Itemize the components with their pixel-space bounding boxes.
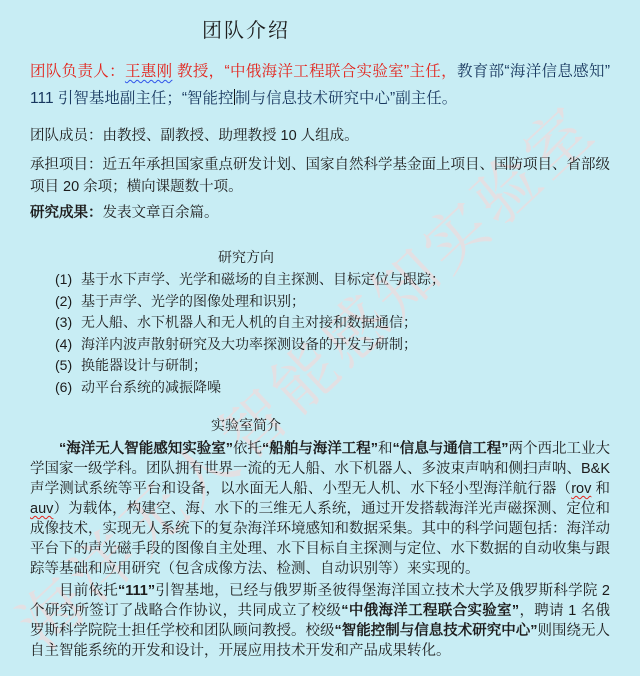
- members-label: 团队成员：: [30, 128, 103, 144]
- lab-intro-paragraph-2[interactable]: 目前依托“111”引智基地，已经与俄罗斯圣彼得堡海洋国立技术大学及俄罗斯科学院 …: [30, 581, 610, 661]
- direction-item[interactable]: (3)无人船、水下机器人和无人机的自主对接和数据通信；: [30, 312, 610, 334]
- base-111-quoted: “111”: [118, 583, 155, 599]
- document-page[interactable]: 海洋无人智能感知实验室 团队介绍 团队负责人：王惠刚 教授，“中俄海洋工程联合实…: [0, 0, 640, 676]
- achievements-label: 研究成果：: [30, 205, 103, 221]
- page-title: 团队介绍: [30, 14, 462, 43]
- spellcheck-word-auv: auv: [30, 501, 53, 517]
- direction-number: (5): [55, 355, 81, 377]
- direction-text: 基于水下声学、光学和磁场的自主探测、目标定位与跟踪；: [81, 269, 610, 291]
- direction-text: 动平台系统的减振降噪: [81, 377, 610, 399]
- direction-number: (6): [55, 377, 81, 399]
- members-text: 由教授、副教授、助理教授 10 人组成。: [103, 128, 359, 144]
- lab-intro-heading: 实验室简介: [30, 415, 462, 435]
- lab-name-quoted: “海洋无人智能感知实验室”: [59, 441, 233, 457]
- intro-text: 和: [591, 481, 610, 497]
- direction-number: (4): [55, 334, 81, 356]
- intro-text: ）为载体，构建空、海、水下的三维无人系统，通过开发搭载海洋光声磁探测、定位和成像…: [30, 501, 610, 577]
- intro-text: 目前依托: [59, 583, 118, 599]
- leader-paragraph[interactable]: 团队负责人：王惠刚 教授，“中俄海洋工程联合实验室”主任，教育部“海洋信息感知”…: [30, 58, 610, 112]
- leader-label: 团队负责人：: [30, 63, 125, 80]
- direction-item[interactable]: (6)动平台系统的减振降噪: [30, 377, 610, 399]
- direction-text: 基于声学、光学的图像处理和识别；: [81, 291, 610, 313]
- members-paragraph[interactable]: 团队成员：由教授、副教授、助理教授 10 人组成。: [30, 125, 610, 147]
- lab-intro-paragraph-1[interactable]: “海洋无人智能感知实验室”依托“船舶与海洋工程”和“信息与通信工程”两个西北工业…: [30, 439, 610, 579]
- title-row: 团队介绍: [30, 14, 462, 43]
- leader-name: 王惠刚: [125, 63, 172, 80]
- direction-text: 海洋内波声散射研究及大功率探测设备的开发与研制；: [81, 334, 610, 356]
- achievements-paragraph[interactable]: 研究成果：发表文章百余篇。: [30, 202, 610, 224]
- leader-rest-after-caret: 制与信息技术研究中心”副主任。: [235, 90, 457, 107]
- projects-paragraph[interactable]: 承担项目：近五年承担国家重点研发计划、国家自然科学基金面上项目、国防项目、省部级…: [30, 154, 610, 198]
- direction-number: (1): [55, 269, 81, 291]
- discipline-2-quoted: “信息与通信工程”: [393, 441, 509, 457]
- achievements-text: 发表文章百余篇。: [103, 205, 219, 221]
- research-directions-heading: 研究方向: [30, 247, 462, 267]
- direction-text: 换能器设计与研制；: [81, 355, 610, 377]
- spellcheck-word-rov: rov: [571, 481, 591, 497]
- direction-item[interactable]: (5)换能器设计与研制；: [30, 355, 610, 377]
- intro-text: 依托: [233, 441, 262, 457]
- discipline-1-quoted: “船舶与海洋工程”: [262, 441, 378, 457]
- document-content: 团队介绍 团队负责人：王惠刚 教授，“中俄海洋工程联合实验室”主任，教育部“海洋…: [0, 14, 640, 661]
- direction-item[interactable]: (4)海洋内波声散射研究及大功率探测设备的开发与研制；: [30, 334, 610, 356]
- leader-title-red: 教授，“中俄海洋工程联合实验室”主任，: [172, 63, 457, 80]
- direction-number: (2): [55, 291, 81, 313]
- direction-item[interactable]: (2)基于声学、光学的图像处理和识别；: [30, 291, 610, 313]
- direction-number: (3): [55, 312, 81, 334]
- joint-lab-quoted: “中俄海洋工程联合实验室”: [341, 603, 519, 619]
- intro-text: 和: [378, 441, 393, 457]
- research-directions-list: (1)基于水下声学、光学和磁场的自主探测、目标定位与跟踪； (2)基于声学、光学…: [30, 269, 610, 398]
- projects-text: 近五年承担国家重点研发计划、国家自然科学基金面上项目、国防项目、省部级项目 20…: [30, 157, 610, 195]
- direction-item[interactable]: (1)基于水下声学、光学和磁场的自主探测、目标定位与跟踪；: [30, 269, 610, 291]
- direction-text: 无人船、水下机器人和无人机的自主对接和数据通信；: [81, 312, 610, 334]
- projects-label: 承担项目：: [30, 157, 103, 173]
- research-center-quoted: “智能控制与信息技术研究中心”: [335, 623, 538, 639]
